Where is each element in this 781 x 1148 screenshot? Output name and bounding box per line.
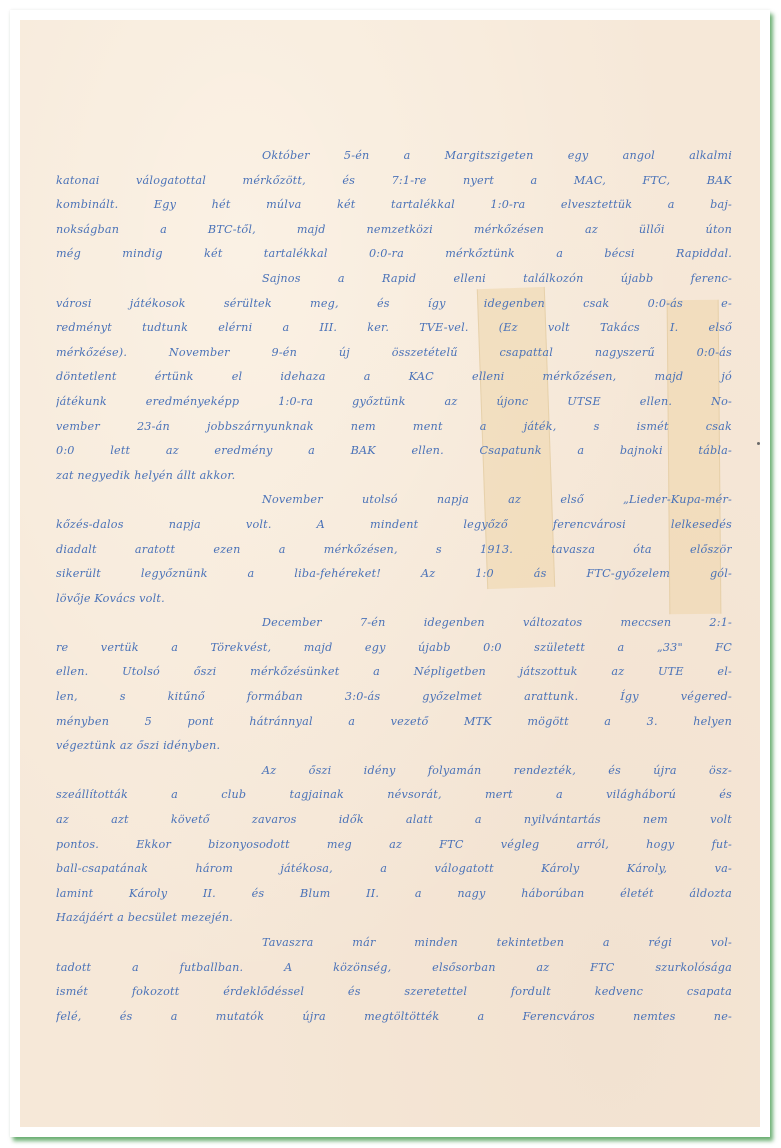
text-line: November utolsó napja az első „Lieder-Ku… bbox=[56, 488, 732, 513]
text-line: sikerült legyőznünk a liba-fehéreket! Az… bbox=[56, 562, 732, 587]
text-line: re vertük a Törekvést, majd egy újabb 0:… bbox=[56, 636, 732, 661]
text-line: 0:0 lett az eredmény a BAK ellen. Csapat… bbox=[56, 439, 732, 464]
text-line: ellen. Utolsó őszi mérkőzésünket a Népli… bbox=[56, 660, 732, 685]
text-line: városi játékosok sérültek meg, és így id… bbox=[56, 292, 732, 317]
text-line: tadott a futballban. A közönség, elsősor… bbox=[56, 956, 732, 981]
text-line: kőzés-dalos napja volt. A mindent legyőz… bbox=[56, 513, 732, 538]
text-line: döntetlent értünk el idehaza a KAC ellen… bbox=[56, 365, 732, 390]
handwritten-text: Október 5-én a Margitszigeten egy angol … bbox=[56, 144, 732, 1029]
manuscript-page: Október 5-én a Margitszigeten egy angol … bbox=[20, 20, 760, 1127]
text-line: ményben 5 pont hátránnyal a vezető MTK m… bbox=[56, 710, 732, 735]
text-line: December 7-én idegenben változatos meccs… bbox=[56, 611, 732, 636]
text-line: lövője Kovács volt. bbox=[56, 587, 732, 612]
text-line: mérkőzése). November 9-én új összetételű… bbox=[56, 341, 732, 366]
text-line: Hazájáért a becsület mezején. bbox=[56, 906, 732, 931]
text-line: vember 23-án jobbszárnyunknak nem ment a… bbox=[56, 415, 732, 440]
text-line: kombinált. Egy hét múlva két tartalékkal… bbox=[56, 193, 732, 218]
text-line: zat negyedik helyén állt akkor. bbox=[56, 464, 732, 489]
text-line: végeztünk az őszi idényben. bbox=[56, 734, 732, 759]
text-line: Sajnos a Rapid elleni találkozón újabb f… bbox=[56, 267, 732, 292]
text-line: ball-csapatának három játékosa, a váloga… bbox=[56, 857, 732, 882]
text-line: ismét fokozott érdeklődéssel és szeretet… bbox=[56, 980, 732, 1005]
text-line: az azt követő zavaros idők alatt a nyilv… bbox=[56, 808, 732, 833]
text-line: Október 5-én a Margitszigeten egy angol … bbox=[56, 144, 732, 169]
text-line: Az őszi idény folyamán rendezték, és újr… bbox=[56, 759, 732, 784]
text-line: diadalt aratott ezen a mérkőzésen, s 191… bbox=[56, 538, 732, 563]
text-line: nokságban a BTC-től, majd nemzetközi mér… bbox=[56, 218, 732, 243]
text-line: még mindig két tartalékkal 0:0-ra mérkőz… bbox=[56, 242, 732, 267]
text-line: felé, és a mutatók újra megtöltötték a F… bbox=[56, 1005, 732, 1030]
text-line: játékunk eredményeképp 1:0-ra győztünk a… bbox=[56, 390, 732, 415]
text-line: redményt tudtunk elérni a III. ker. TVE-… bbox=[56, 316, 732, 341]
text-line: lamint Károly II. és Blum II. a nagy háb… bbox=[56, 882, 732, 907]
paper-speck bbox=[757, 442, 760, 445]
text-line: pontos. Ekkor bizonyosodott meg az FTC v… bbox=[56, 833, 732, 858]
text-line: Tavaszra már minden tekintetben a régi v… bbox=[56, 931, 732, 956]
text-line: katonai válogatottal mérkőzött, és 7:1-r… bbox=[56, 169, 732, 194]
text-line: szeállították a club tagjainak névsorát,… bbox=[56, 783, 732, 808]
text-line: len, s kitűnő formában 3:0-ás győzelmet … bbox=[56, 685, 732, 710]
